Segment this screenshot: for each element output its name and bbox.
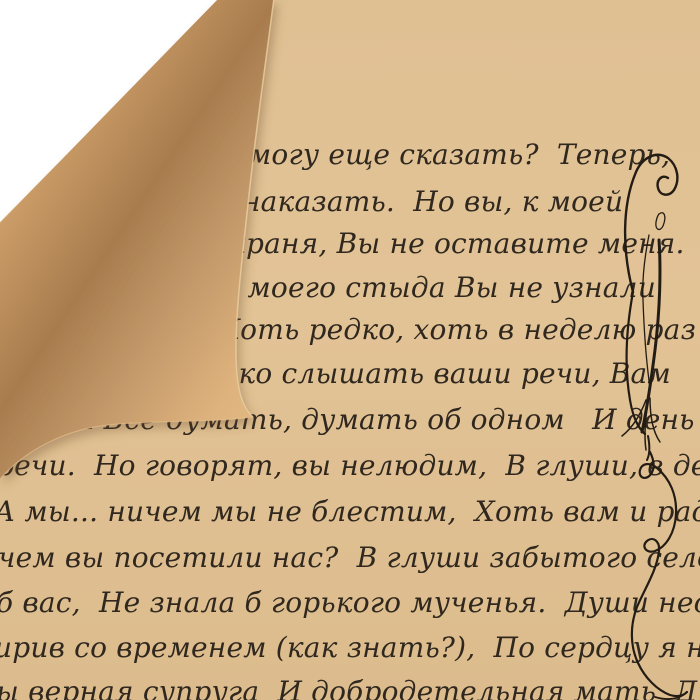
paper-curl: [0, 0, 700, 700]
wrapping-paper-photo: могу еще сказать? Теперь, наказать. Но в…: [0, 0, 700, 700]
